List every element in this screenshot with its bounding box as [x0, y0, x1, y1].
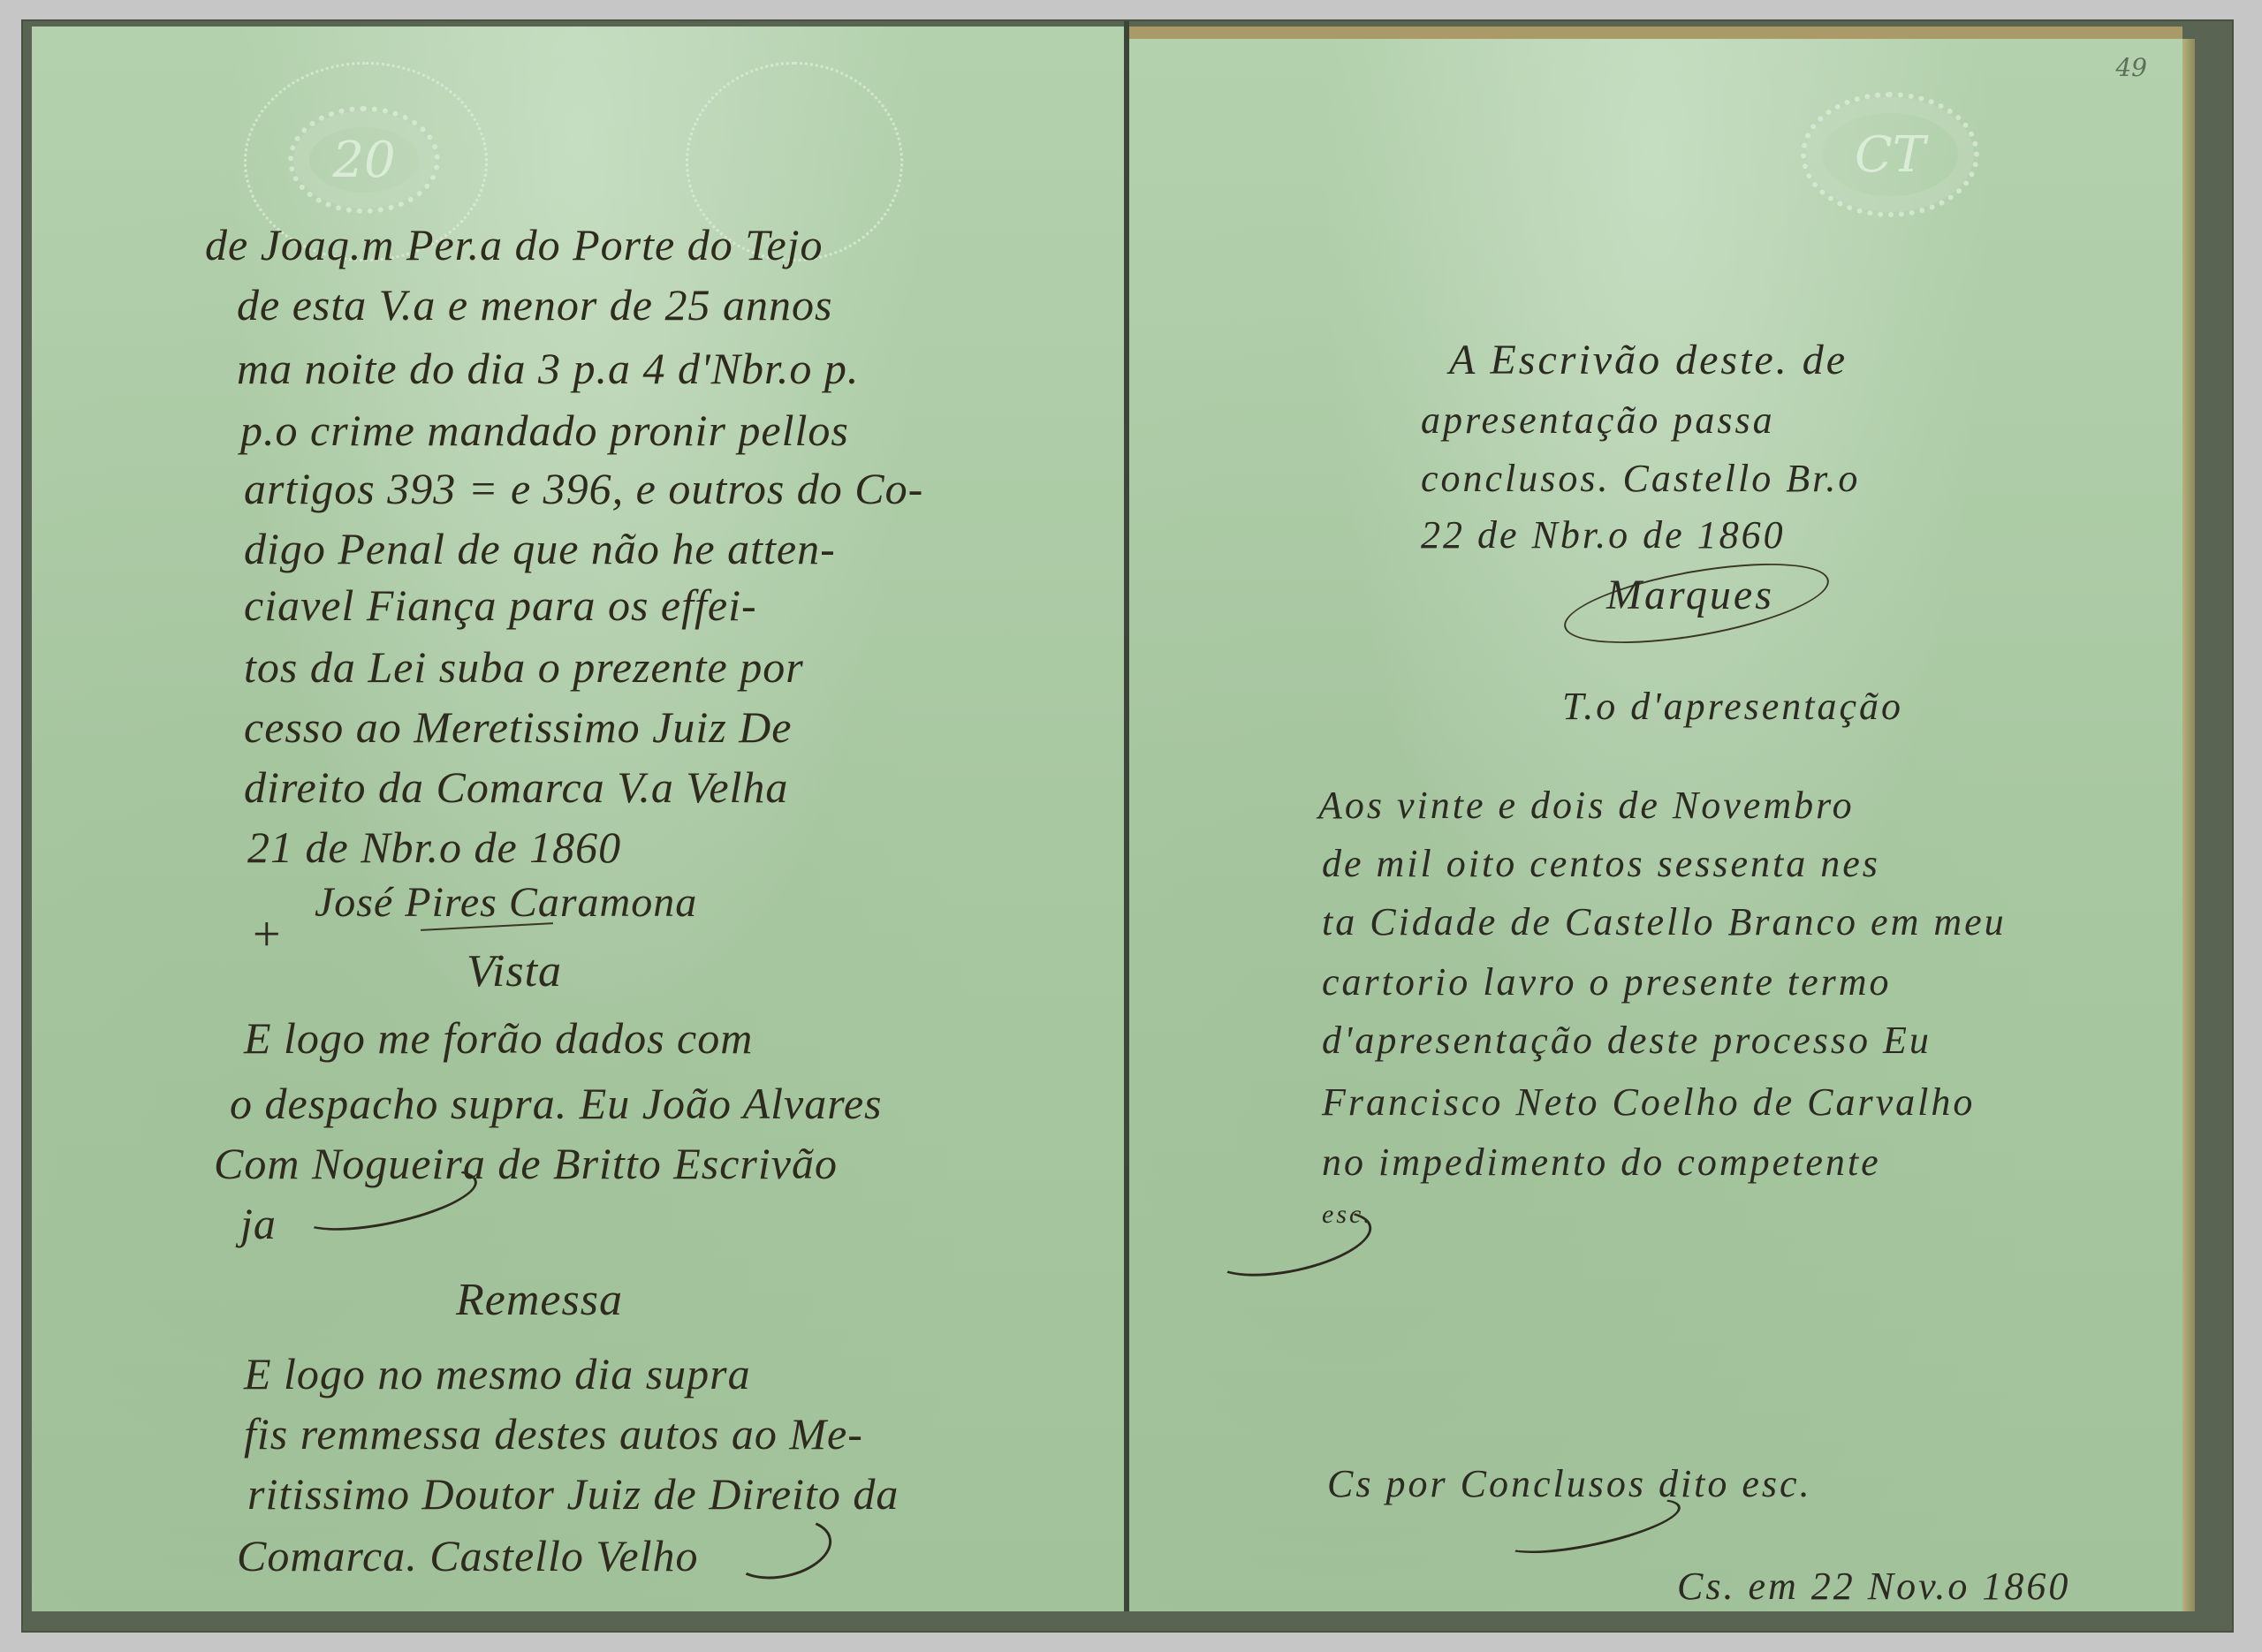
manuscript-line: E logo no mesmo dia supra: [244, 1352, 751, 1396]
manuscript-line: cesso ao Meretissimo Juiz De: [244, 705, 792, 749]
term-line: de mil oito centos sessenta nes: [1322, 845, 1880, 883]
seal-mark: CT: [1855, 126, 1925, 184]
signature-jose-pires: José Pires Caramona: [315, 882, 697, 924]
order-line: conclusos. Castello Br.o: [1421, 459, 1860, 498]
embossed-seal-icon: CT: [1801, 92, 1979, 217]
manuscript-line: ma noite do dia 3 p.a 4 d'Nbr.o p.: [237, 346, 859, 390]
section-heading-vista: Vista: [467, 945, 562, 997]
seal-mark: 20: [332, 132, 395, 189]
manuscript-line: o despacho supra. Eu João Alvares: [230, 1081, 882, 1125]
manuscript-line: direito da Comarca V.a Velha: [244, 765, 788, 809]
conclusion-line: Cs por Conclusos dito esc.: [1327, 1465, 1812, 1504]
manuscript-date: 21 de Nbr.o de 1860: [247, 825, 621, 869]
term-line: no impedimento do competente: [1322, 1143, 1881, 1182]
manuscript-line: ja: [240, 1201, 277, 1246]
embossed-seal-icon: 20: [288, 106, 440, 214]
manuscript-line: E logo me forão dados com: [244, 1016, 753, 1060]
manuscript-line: ciavel Fiança para os effei-: [244, 583, 757, 627]
order-line: A Escrivão deste. de: [1449, 339, 1848, 382]
manuscript-line: fis remmessa destes autos ao Me-: [244, 1412, 863, 1456]
manuscript-line: Com Nogueira de Britto Escrivão: [214, 1141, 838, 1186]
order-date: 22 de Nbr.o de 1860: [1421, 516, 1786, 555]
manuscript-line: Comarca. Castello Velho: [237, 1534, 699, 1578]
manuscript-line: p.o crime mandado pronir pellos: [240, 408, 849, 452]
term-line: Aos vinte e dois de Novembro: [1318, 786, 1855, 825]
manuscript-line: ritissimo Doutor Juiz de Direito da: [247, 1472, 899, 1516]
term-line: cartorio lavro o presente termo: [1322, 963, 1892, 1002]
folio-number: 49: [2115, 53, 2147, 82]
signature-marques: Marques: [1606, 574, 1774, 617]
term-heading: T.o d'apresentação: [1562, 687, 1903, 726]
conclusion-date: Cs. em 22 Nov.o 1860: [1677, 1567, 2070, 1606]
manuscript-line: de Joaq.m Per.a do Porte do Tejo: [205, 223, 824, 267]
right-page: 49 CT A Escrivão deste. de apresentação …: [1129, 27, 2182, 1611]
left-page: 20 de Joaq.m Per.a do Porte do Tejo de e…: [32, 27, 1126, 1611]
manuscript-line: tos da Lei suba o prezente por: [244, 645, 804, 689]
term-line: ta Cidade de Castello Branco em meu: [1322, 903, 2007, 942]
term-line: d'apresentação deste processo Eu: [1322, 1021, 1932, 1060]
margin-cross-mark: +: [253, 910, 282, 959]
manuscript-line: artigos 393 = e 396, e outros do Co-: [244, 466, 923, 511]
manuscript-line: de esta V.a e menor de 25 annos: [237, 283, 832, 327]
order-line: apresentação passa: [1421, 401, 1775, 440]
manuscript-line: digo Penal de que não he atten-: [244, 527, 836, 571]
closing-flourish-icon: [725, 1510, 837, 1588]
section-heading-remessa: Remessa: [456, 1274, 623, 1326]
term-line: Francisco Neto Coelho de Carvalho: [1322, 1083, 1975, 1122]
